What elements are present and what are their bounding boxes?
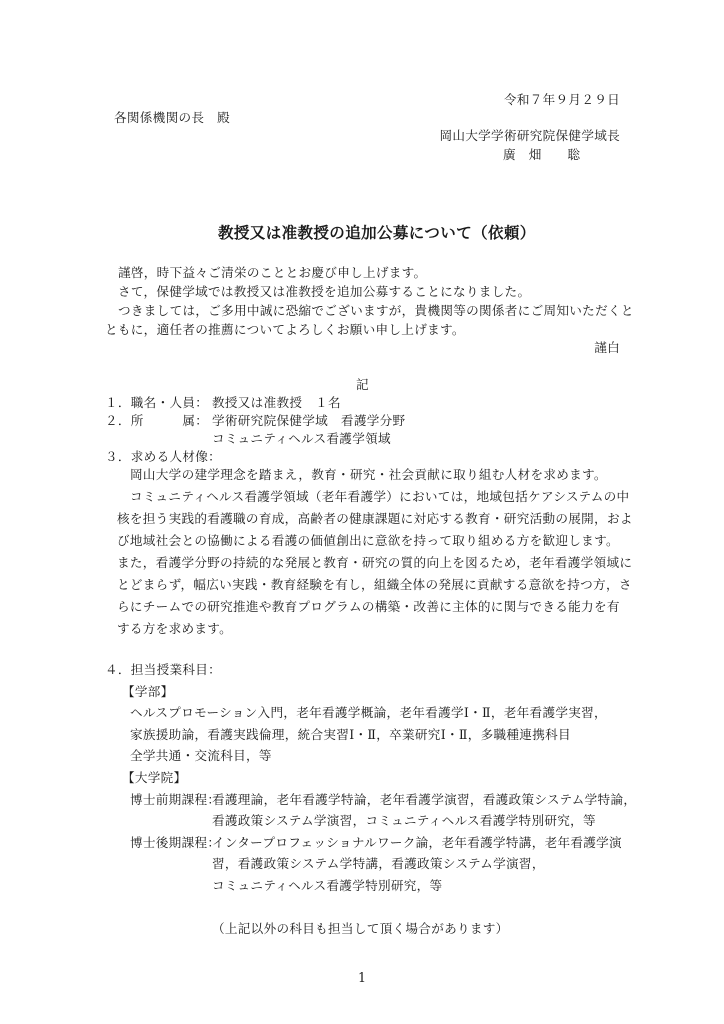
- item3-line: 核を担う実践的看護職の育成，高齢者の健康課題に対応する教育・研究活動の展開，およ: [117, 511, 633, 527]
- sender-organization: 岡山大学学術研究院保健学域長: [439, 128, 620, 144]
- sender-name: 廣 畑 聡: [503, 147, 580, 163]
- addressee: 各関係機関の長 殿: [114, 110, 230, 126]
- body-line: 謹啓，時下益々ご清栄のこととお慶び申し上げます。: [118, 265, 426, 281]
- body-line: ともに，適任者の推薦についてよろしくお願い申し上げます。: [105, 322, 465, 338]
- item1-value: 教授又は准教授 １名: [212, 395, 341, 411]
- closing: 謹白: [594, 340, 620, 356]
- item3-line: 岡山大学の建学理念を踏まえ，教育・研究・社会貢献に取り組む人材を求めます。: [130, 467, 607, 483]
- item3-label: ３．求める人材像：: [105, 449, 221, 465]
- undergrad-line: 全学共通・交流科目，等: [130, 748, 272, 764]
- page-number: 1: [358, 970, 366, 986]
- item3-line: また，看護学分野の持続的な発展と教育・研究の質的向上を図るため，老年看護学領域に: [117, 555, 632, 571]
- body-line: つきましては，ご多用中誠に恐縮でございますが，貴機関等の関係者にご周知いただくと: [118, 303, 634, 319]
- undergrad-line: ヘルスプロモーション入門，老年看護学概論，老年看護学Ⅰ・Ⅱ，老年看護学実習，: [130, 705, 607, 721]
- masters-label: 博士前期課程：: [130, 792, 220, 808]
- doctoral-line: コミュニティヘルス看護学特別研究，等: [212, 878, 442, 894]
- ki-marker: 記: [356, 377, 369, 393]
- item2-value2: コミュニティヘルス看護学領域: [212, 431, 391, 447]
- item4-label: ４．担当授業科目：: [105, 662, 221, 678]
- note: （上記以外の科目も担当して頂く場合があります）: [212, 921, 509, 937]
- masters-line: 看護理論，老年看護学特論，老年看護学演習，看護政策システム学特論，: [212, 792, 636, 808]
- item1-label: １．職名・人員：: [105, 395, 208, 411]
- doctoral-label: 博士後期課程：: [130, 835, 220, 851]
- doctoral-line: 習，看護政策システム学特講，看護政策システム学演習，: [212, 856, 545, 872]
- document-title: 教授又は准教授の追加公募について（依頼）: [218, 225, 536, 241]
- undergrad-line: 家族援助論，看護実践倫理，統合実習Ⅰ・Ⅱ，卒業研究Ⅰ・Ⅱ，多職種連携科目: [130, 727, 571, 743]
- item3-line: らにチームでの研究推進や教育プログラムの構築・改善に主体的に関与できる能力を有: [117, 599, 620, 615]
- doctoral-line: インタープロフェッショナルワーク論，老年看護学特講，老年看護学演: [212, 835, 622, 851]
- body-line: さて，保健学域では教授又は准教授を追加公募することになりました。: [118, 284, 530, 300]
- date: 令和７年９月２９日: [504, 92, 620, 108]
- item3-line: とどまらず，幅広い実践・教育経験を有し，組織全体の発展に貢献する意欲を持つ方，さ: [117, 577, 632, 593]
- undergrad-heading: 【学部】: [122, 684, 174, 700]
- item3-line: する方を求めます。: [117, 621, 232, 637]
- item3-line: び地域社会との協働による看護の価値創出に意欲を持って取り組める方を歓迎します。: [117, 533, 619, 549]
- grad-heading: 【大学院】: [122, 770, 186, 786]
- item2-label: ２．所 属：: [105, 413, 208, 429]
- item2-value: 学術研究院保健学域 看護学分野: [212, 413, 405, 429]
- item3-line: コミュニティヘルス看護学領域（老年看護学）においては，地域包括ケアシステムの中: [130, 489, 629, 505]
- masters-line: 看護政策システム学演習，コミュニティヘルス看護学特別研究，等: [212, 813, 596, 829]
